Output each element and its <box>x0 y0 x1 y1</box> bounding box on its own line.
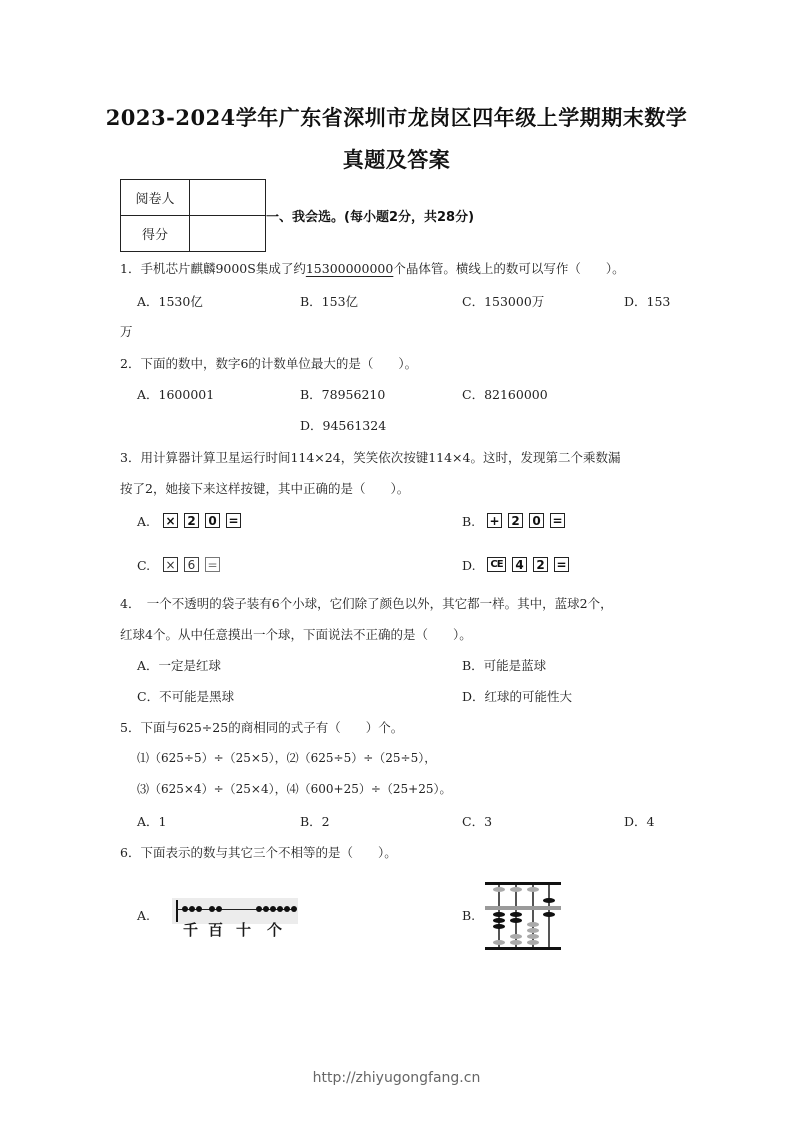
label-tens: 十 <box>236 919 251 940</box>
key-ce: CE <box>487 557 506 572</box>
key-equals: = <box>554 557 569 572</box>
q2-option-d: D．94561324 <box>300 416 386 434</box>
q5-option-b: B．2 <box>300 812 330 830</box>
document-title-line1: 2023-2024学年广东省深圳市龙岗区四年级上学期期末数学 <box>0 102 793 132</box>
q1-option-b: B．153亿 <box>300 292 358 310</box>
q5-option-d: D．4 <box>624 812 654 830</box>
label-ones: 个 <box>267 919 282 940</box>
q4-option-d: D．红球的可能性大 <box>462 687 572 705</box>
key-2: 2 <box>533 557 548 572</box>
q4-option-b: B．可能是蓝球 <box>462 656 546 674</box>
q1-option-c: C．153000万 <box>462 292 544 310</box>
q1-option-a: A．1530亿 <box>137 292 203 310</box>
q3-option-b-label: B. <box>462 514 475 529</box>
question-5: 5．下面与625÷25的商相同的式子有（ ）个。 <box>120 718 403 736</box>
question-1: 1．手机芯片麒麟9000S集成了约15300000000个晶体管。横线上的数可以… <box>120 259 625 277</box>
q5-option-a: A．1 <box>137 812 166 830</box>
question-4-line2: 红球4个。从中任意摸出一个球，下面说法不正确的是（ ）。 <box>120 625 472 643</box>
q1-option-d-wrap: 万 <box>120 322 133 340</box>
footer-url: http://zhiyugongfang.cn <box>0 1070 793 1086</box>
grader-label: 阅卷人 <box>121 180 190 216</box>
question-1-text-after: 个晶体管。横线上的数可以写作（ ）。 <box>393 261 624 276</box>
q2-option-a: A．1600001 <box>137 385 214 403</box>
question-6: 6．下面表示的数与其它三个不相等的是（ ）。 <box>120 843 397 861</box>
section-title: 一、我会选。(每小题2分，共28分) <box>266 206 474 225</box>
q3-option-d-label: D. <box>462 558 476 573</box>
q3-option-b-keys: + 2 0 = <box>487 513 565 528</box>
q3-option-c-keys: × 6 = <box>163 557 220 572</box>
q3-option-d-keys: CE 4 2 = <box>487 557 569 572</box>
q2-option-b: B．78956210 <box>300 385 385 403</box>
document-title-line2: 真题及答案 <box>0 144 793 174</box>
key-6: 6 <box>184 557 199 572</box>
key-plus: + <box>487 513 502 528</box>
question-1-underlined-number: 15300000000 <box>306 261 393 276</box>
question-2: 2．下面的数中，数字6的计数单位最大的是（ ）。 <box>120 354 417 372</box>
key-equals: = <box>226 513 241 528</box>
q4-option-a: A．一定是红球 <box>137 656 221 674</box>
q4-option-c: C．不可能是黑球 <box>137 687 234 705</box>
q6-option-a-label: A. <box>137 908 150 923</box>
key-equals: = <box>205 557 220 572</box>
q5-expressions-line1: ⑴（625÷5）÷（25×5），⑵（625÷5）÷（25÷5）， <box>137 749 436 766</box>
question-3-line1: 3．用计算器计算卫星运行时间114×24，笑笑依次按键114×4。这时，发现第二… <box>120 448 620 466</box>
score-value <box>190 216 266 252</box>
grader-value <box>190 180 266 216</box>
key-0: 0 <box>205 513 220 528</box>
key-2: 2 <box>508 513 523 528</box>
question-3-line2: 按了2，她接下来这样按键，其中正确的是（ ）。 <box>120 479 409 497</box>
q5-expressions-line2: ⑶（625×4）÷（25×4），⑷（600+25）÷（25+25）。 <box>137 780 452 797</box>
label-thousands: 千 <box>183 919 198 940</box>
key-2: 2 <box>184 513 199 528</box>
key-multiply: × <box>163 557 178 572</box>
grading-table: 阅卷人 得分 <box>120 179 266 252</box>
q3-option-a-keys: × 2 0 = <box>163 513 241 528</box>
score-label: 得分 <box>121 216 190 252</box>
label-hundreds: 百 <box>208 919 223 940</box>
question-4-line1: 4． 一个不透明的袋子装有6个小球，它们除了颜色以外，其它都一样。其中，蓝球2个… <box>120 594 613 612</box>
q1-option-d: D．153 <box>624 292 670 310</box>
q6-option-b-label: B. <box>462 908 475 923</box>
question-1-text-before: 1．手机芯片麒麟9000S集成了约 <box>120 261 306 276</box>
key-multiply: × <box>163 513 178 528</box>
abacus-figure <box>485 882 561 950</box>
q3-option-a-label: A. <box>137 514 150 529</box>
q3-option-c-label: C. <box>137 558 150 573</box>
q2-option-c: C．82160000 <box>462 385 548 403</box>
key-0: 0 <box>529 513 544 528</box>
q5-option-c: C．3 <box>462 812 492 830</box>
key-equals: = <box>550 513 565 528</box>
key-4: 4 <box>512 557 527 572</box>
